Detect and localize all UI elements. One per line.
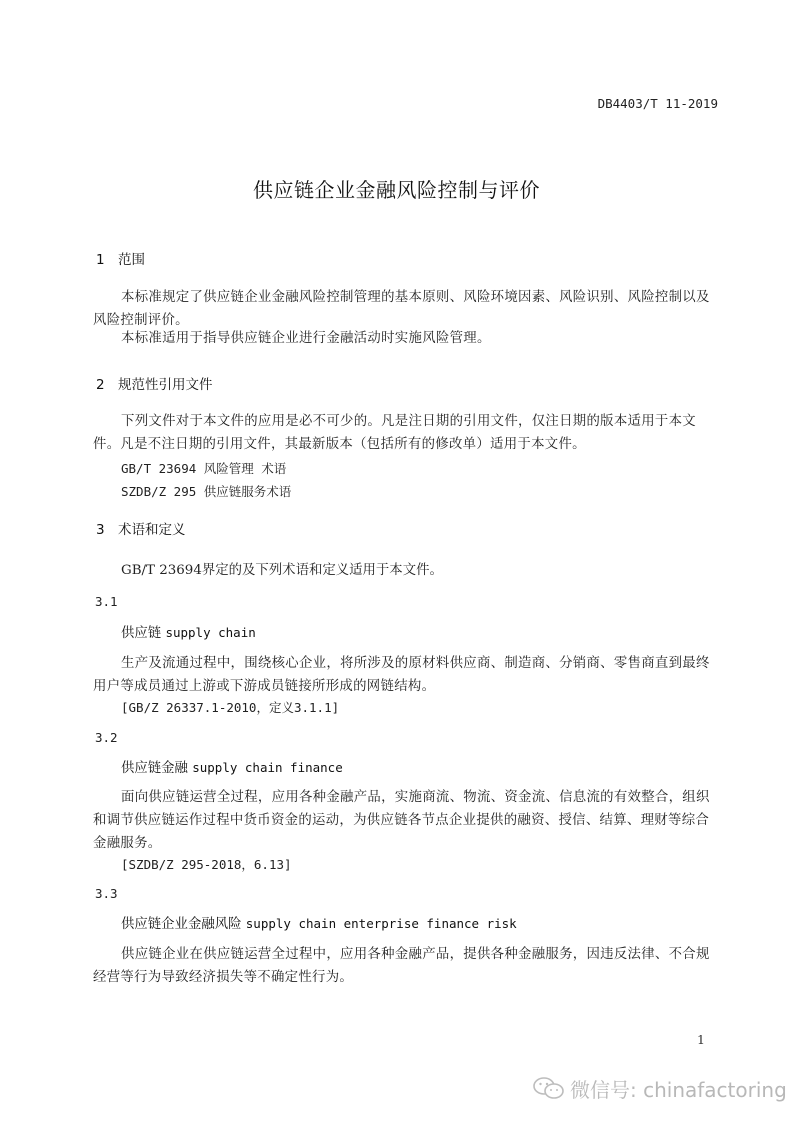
term-entry: 供应链企业金融风险 supply chain enterprise financ…: [121, 913, 517, 932]
wechat-watermark: 微信号: chinafactoring: [532, 1074, 787, 1103]
term-en: supply chain finance: [192, 760, 343, 775]
page-number: 1: [697, 1032, 705, 1047]
scope-paragraph-2: 本标准适用于指导供应链企业进行金融活动时实施风险管理。: [93, 327, 720, 350]
references-paragraph: 下列文件对于本文件的应用是必不可少的。凡是注日期的引用文件，仅注日期的版本适用于…: [93, 410, 720, 456]
term-entry: 供应链金融 supply chain finance: [121, 757, 343, 776]
reference-item: GB/T 23694 风险管理 术语: [121, 459, 286, 477]
section-title: 范围: [118, 252, 145, 268]
section-heading-scope: 1范围: [96, 248, 145, 268]
clause-number: 3.3: [95, 886, 118, 901]
term-definition: 生产及流通过程中，围绕核心企业，将所涉及的原材料供应商、制造商、分销商、零售商直…: [93, 652, 720, 698]
term-definition: 供应链企业在供应链运营全过程中，应用各种金融产品，提供各种金融服务，因违反法律、…: [93, 943, 720, 989]
term-cn: 供应链企业金融风险: [121, 917, 242, 932]
terms-intro: GB/T 23694界定的及下列术语和定义适用于本文件。: [121, 559, 443, 578]
section-title: 规范性引用文件: [118, 377, 213, 393]
section-title: 术语和定义: [118, 522, 186, 538]
watermark-label: 微信号: chinafactoring: [570, 1074, 787, 1103]
document-title: 供应链企业金融风险控制与评价: [0, 174, 793, 203]
term-source: [GB/Z 26337.1-2010，定义3.1.1]: [121, 698, 339, 716]
term-source: [SZDB/Z 295-2018，6.13]: [121, 855, 292, 873]
scope-paragraph-1: 本标准规定了供应链企业金融风险控制管理的基本原则、风险环境因素、风险识别、风险控…: [93, 286, 720, 332]
section-number: 3: [96, 522, 118, 538]
clause-number: 3.1: [95, 594, 118, 609]
section-heading-terms: 3术语和定义: [96, 518, 186, 538]
standard-code: DB4403/T 11-2019: [598, 96, 718, 111]
term-cn: 供应链: [121, 626, 161, 641]
term-cn: 供应链金融: [121, 761, 188, 776]
reference-item: SZDB/Z 295 供应链服务术语: [121, 482, 291, 500]
clause-number: 3.2: [95, 730, 118, 745]
section-heading-normative-references: 2规范性引用文件: [96, 373, 213, 393]
term-entry: 供应链 supply chain: [121, 622, 256, 641]
term-en: supply chain: [165, 625, 255, 640]
section-number: 2: [96, 377, 118, 393]
section-number: 1: [96, 252, 118, 268]
term-en: supply chain enterprise finance risk: [246, 916, 517, 931]
term-definition: 面向供应链运营全过程，应用各种金融产品，实施商流、物流、资金流、信息流的有效整合…: [93, 786, 720, 855]
wechat-icon: [532, 1076, 566, 1102]
